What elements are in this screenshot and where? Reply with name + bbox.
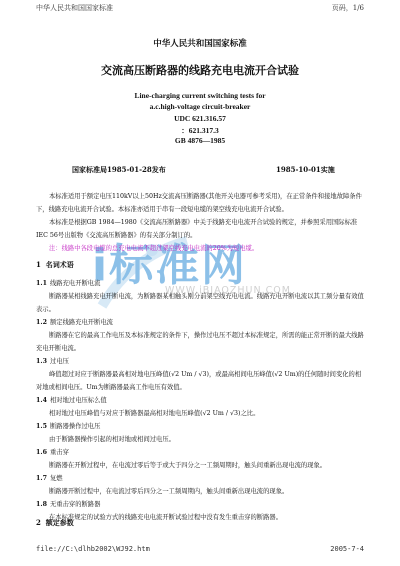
term-1-3: 1.3过电压 峰值超过对应于断路器最高相对地电压峰值(√2 Um / √3)，或… — [36, 355, 366, 394]
footer-file-path: file://C:\dlhb2002\WJ92.htm — [36, 545, 150, 553]
english-title-line2: a.c.high-voltage circuit-breaker — [0, 102, 400, 111]
section-2-heading: 2 额定参数 — [36, 516, 366, 529]
implementation-date: 1985-10-01实施 — [276, 165, 335, 175]
term-1-7: 1.7复燃 断路器开断过程中，在电流过零后四分之一工频周期内，触头间重新出现电流… — [36, 472, 366, 498]
term-1-6: 1.6重击穿 断路器在开断过程中，在电流过零后等于或大于四分之一工频周期时，触头… — [36, 446, 366, 472]
paragraph-basis: 本标准是根据GB 1984—1980《交流高压断路器》中关于线路充电电流开合试验… — [36, 216, 366, 242]
national-standard-label: 中华人民共和国国家标准 — [0, 37, 400, 49]
term-1-5: 1.5断路器操作过电压 由于断路器操作引起的相对地或相间过电压。 — [36, 420, 366, 446]
issue-date: 国家标准局1985-01-28发布 — [72, 165, 166, 175]
note: 注：线路中各段电缆的总充电电流不超过架空线充电电流的20%为短电缆。 — [36, 242, 366, 255]
document-body: 本标准适用于额定电压110kV以上50Hz交流高压断路器(其他开关电器可参考采用… — [36, 190, 366, 255]
section-1-heading: 1 名词术语 — [36, 258, 366, 271]
gb-number: GB 4876—1985 — [0, 136, 400, 145]
paragraph-scope: 本标准适用于额定电压110kV以上50Hz交流高压断路器(其他开关电器可参考采用… — [36, 190, 366, 216]
term-1-4: 1.4相对地过电压标么值 相对地过电压峰值与对应于断路器最高相对地电压峰值(√2… — [36, 394, 366, 420]
section-1: 1 名词术语 1.1线路充电开断电流 断路器某相线路充电开断电流，为断路器某相触… — [36, 258, 366, 524]
term-1-1: 1.1线路充电开断电流 断路器某相线路充电开断电流，为断路器某相触头刚分前架空线… — [36, 277, 366, 316]
document-title: 交流高压断路器的线路充电电流开合试验 — [0, 62, 400, 78]
english-title-line1: Line-charging current switching tests fo… — [0, 91, 400, 100]
udc-code-2: ：621.317.3 — [0, 125, 400, 136]
term-1-2: 1.2额定线路充电开断电流 断路器在它的最高工作电压及本标准规定的条件下，操作过… — [36, 316, 366, 355]
header-left: 中华人民共和国国家标准 — [36, 3, 113, 13]
udc-code: UDC 621.316.57 — [0, 114, 400, 123]
footer-date: 2005-7-4 — [330, 545, 364, 553]
page-number: 页码，1/6 — [332, 3, 364, 13]
